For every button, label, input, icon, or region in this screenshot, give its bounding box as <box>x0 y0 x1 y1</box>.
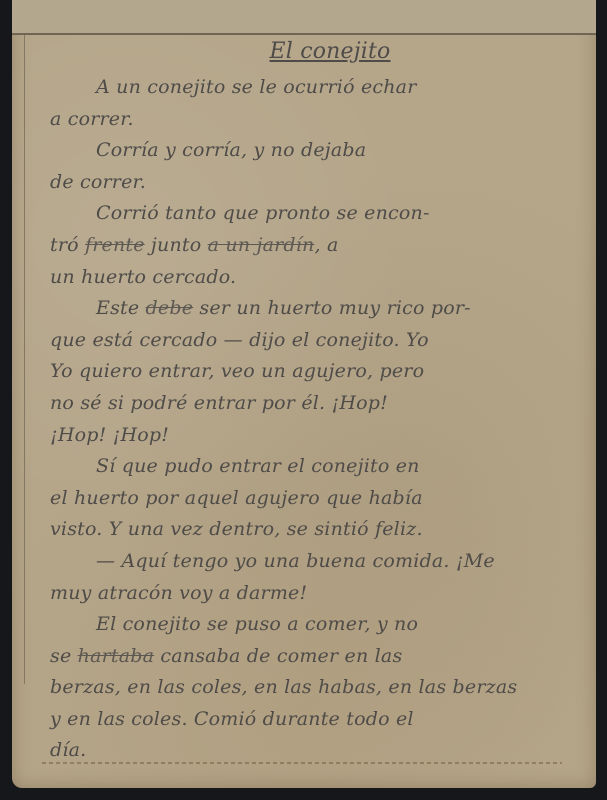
text-line: a correr. <box>50 104 590 136</box>
text-line: no sé si podré entrar por él. ¡Hop! <box>50 388 590 420</box>
text-line: berzas, en las coles, en las habas, en l… <box>50 672 590 704</box>
text-line: el huerto por aquel agujero que había <box>50 483 590 515</box>
text-line: día. <box>50 735 590 767</box>
text-line: visto. Y una vez dentro, se sintió feliz… <box>50 514 590 546</box>
text-line: Este debe ser un huerto muy rico por- <box>50 293 590 325</box>
manuscript-page: El conejito A un conejito se le ocurrió … <box>12 0 596 788</box>
text-line: — Aquí tengo yo una buena comida. ¡Me <box>50 546 590 578</box>
text-line: Yo quiero entrar, veo un agujero, pero <box>50 356 590 388</box>
story-title: El conejito <box>50 36 590 68</box>
text-line: y en las coles. Comió durante todo el <box>50 704 590 736</box>
text-line: ¡Hop! ¡Hop! <box>50 420 590 452</box>
struck-word: a un jardín <box>208 234 315 256</box>
struck-word: frente <box>85 234 145 256</box>
text-line: tró frente junto a un jardín, a <box>50 230 590 262</box>
struck-word: debe <box>146 297 194 319</box>
handwritten-text: El conejito A un conejito se le ocurrió … <box>50 36 590 767</box>
text-line: El conejito se puso a comer, y no <box>50 609 590 641</box>
text-lines: A un conejito se le ocurrió echara corre… <box>50 72 590 767</box>
struck-word: hartaba <box>78 645 155 667</box>
text-line: Sí que pudo entrar el conejito en <box>50 451 590 483</box>
text-line: Corrió tanto que pronto se encon- <box>50 198 590 230</box>
text-line: se hartaba cansaba de comer en las <box>50 641 590 673</box>
notebook-top-flap <box>12 0 596 35</box>
margin-line <box>24 34 25 684</box>
text-line: un huerto cercado. <box>50 262 590 294</box>
text-line: muy atracón voy a darme! <box>50 578 590 610</box>
text-line: que está cercado — dijo el conejito. Yo <box>50 325 590 357</box>
text-line: A un conejito se le ocurrió echar <box>50 72 590 104</box>
text-line: de correr. <box>50 167 590 199</box>
text-line: Corría y corría, y no dejaba <box>50 135 590 167</box>
